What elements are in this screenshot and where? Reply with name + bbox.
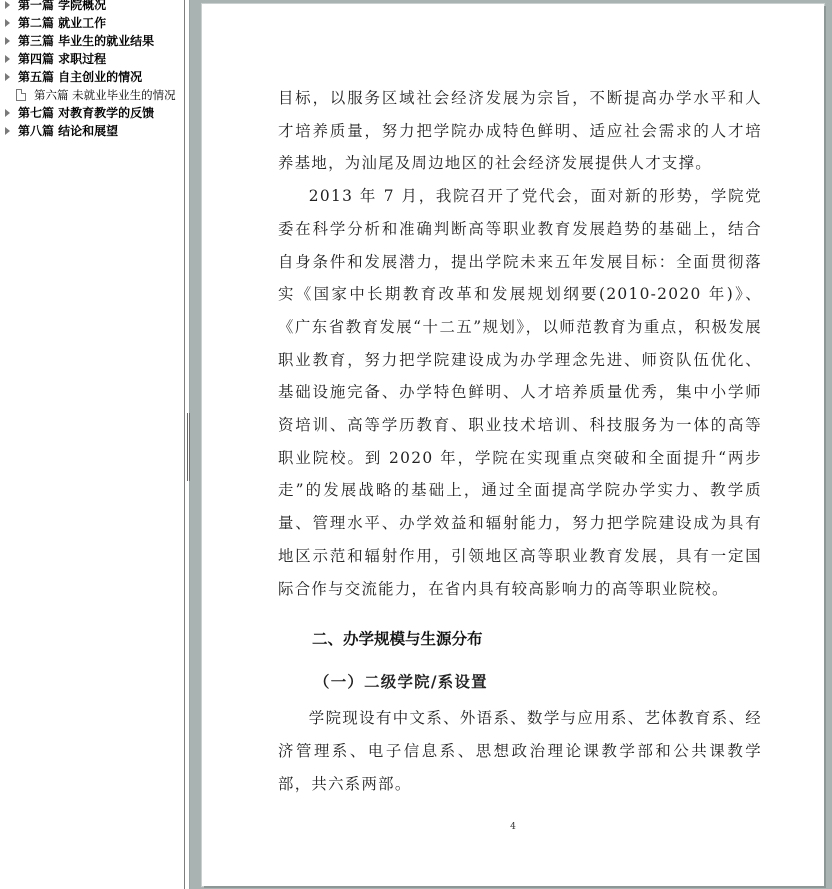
bookmark-tree: 第一篇 学院概况 第二篇 就业工作 第三篇 毕业生的就业结果 第四篇 求职过程 …	[0, 0, 184, 140]
bookmark-item-2[interactable]: 第二篇 就业工作	[0, 14, 184, 32]
triangle-right-icon[interactable]	[5, 37, 10, 45]
document-icon	[16, 89, 26, 101]
triangle-right-icon[interactable]	[5, 109, 10, 117]
page-content: 目标，以服务区域社会经济发展为宗旨，不断提高办学水平和人才培养质量，努力把学院办…	[278, 82, 762, 800]
bookmark-item-8[interactable]: 第八篇 结论和展望	[0, 122, 184, 140]
body-paragraph: 目标，以服务区域社会经济发展为宗旨，不断提高办学水平和人才培养质量，努力把学院办…	[278, 82, 762, 180]
document-viewport: 目标，以服务区域社会经济发展为宗旨，不断提高办学水平和人才培养质量，努力把学院办…	[190, 0, 832, 889]
bookmark-label: 第四篇 求职过程	[18, 50, 106, 68]
document-page: 目标，以服务区域社会经济发展为宗旨，不断提高办学水平和人才培养质量，努力把学院办…	[202, 4, 824, 886]
bookmark-label: 第六篇 未就业毕业生的情况	[34, 86, 176, 104]
page-number: 4	[202, 822, 824, 832]
bookmark-item-6[interactable]: 第六篇 未就业毕业生的情况	[0, 86, 184, 104]
bookmark-label: 第一篇 学院概况	[18, 0, 106, 14]
triangle-right-icon[interactable]	[5, 73, 10, 81]
section-heading: 二、办学规模与生源分布	[278, 625, 762, 653]
bookmark-item-4[interactable]: 第四篇 求职过程	[0, 50, 184, 68]
triangle-right-icon[interactable]	[5, 55, 10, 63]
bookmark-item-3[interactable]: 第三篇 毕业生的就业结果	[0, 32, 184, 50]
bookmarks-panel: 第一篇 学院概况 第二篇 就业工作 第三篇 毕业生的就业结果 第四篇 求职过程 …	[0, 0, 184, 889]
bookmark-label: 第三篇 毕业生的就业结果	[18, 32, 154, 50]
triangle-right-icon[interactable]	[5, 127, 10, 135]
bookmark-label: 第五篇 自主创业的情况	[18, 68, 142, 86]
body-paragraph: 2013 年 7 月，我院召开了党代会，面对新的形势，学院党委在科学分析和准确判…	[278, 180, 762, 605]
bookmark-item-1[interactable]: 第一篇 学院概况	[0, 0, 184, 14]
bookmark-label: 第七篇 对教育教学的反馈	[18, 104, 154, 122]
bookmark-item-7[interactable]: 第七篇 对教育教学的反馈	[0, 104, 184, 122]
triangle-right-icon[interactable]	[5, 19, 10, 27]
triangle-right-icon[interactable]	[5, 1, 10, 9]
subsection-heading: （一）二级学院/系设置	[278, 668, 762, 696]
body-paragraph: 学院现设有中文系、外语系、数学与应用系、艺体教育系、经济管理系、电子信息系、思想…	[278, 702, 762, 800]
bookmark-label: 第八篇 结论和展望	[18, 122, 118, 140]
bookmark-item-5[interactable]: 第五篇 自主创业的情况	[0, 68, 184, 86]
bookmark-label: 第二篇 就业工作	[18, 14, 106, 32]
